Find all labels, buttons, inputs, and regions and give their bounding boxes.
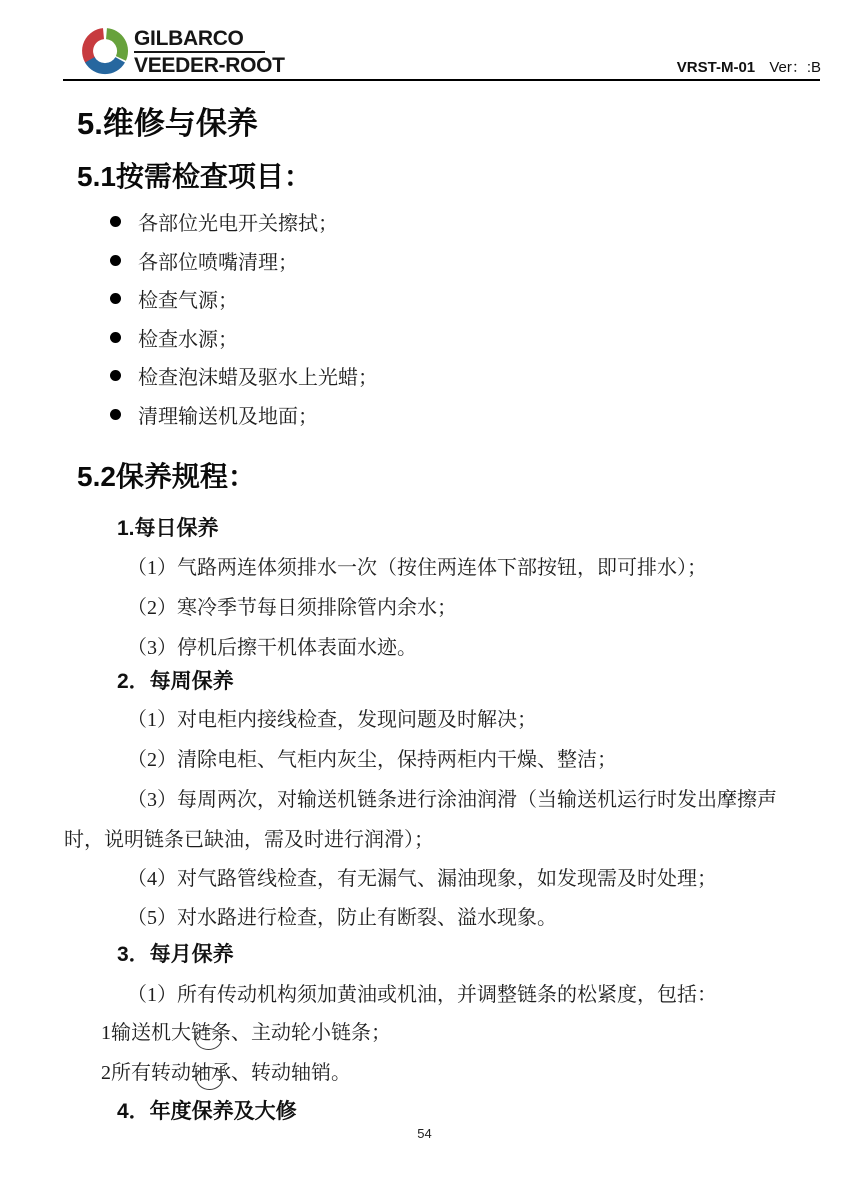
paragraph-line: 2所有转动轴承、转动轴销。 (101, 1056, 351, 1085)
list-item: 检查泡沫蜡及驱水上光蜡； (110, 361, 378, 390)
annotation-circle (196, 1067, 223, 1090)
list-item: 各部位光电开关擦拭； (110, 207, 338, 236)
bullet-icon (110, 409, 121, 420)
gilbarco-veeder-root-logo: GILBARCO VEEDER-ROOT (134, 28, 285, 76)
logo-divider (134, 51, 265, 53)
header-divider (63, 79, 820, 81)
annotation-circle (195, 1028, 222, 1050)
subsection-heading-weekly: 2．每周保养 (117, 665, 234, 695)
logo-arc-blue (90, 60, 120, 69)
bullet-icon (110, 255, 121, 266)
bullet-icon (110, 216, 121, 227)
list-item: 清理输送机及地面； (110, 400, 318, 429)
doc-version: Ver：:B (769, 59, 821, 76)
document-code-block: VRST-M-01 Ver：:B (677, 56, 821, 77)
logo-word-veeder-root: VEEDER-ROOT (134, 55, 285, 76)
list-item: 各部位喷嘴清理； (110, 246, 298, 275)
doc-code: VRST-M-01 (677, 59, 755, 76)
bullet-icon (110, 332, 121, 343)
bullet-icon (110, 293, 121, 304)
section-heading-maintenance: 5.2保养规程： (77, 455, 256, 495)
list-item-label: 检查泡沫蜡及驱水上光蜡； (138, 361, 378, 390)
list-item-label: 各部位喷嘴清理； (138, 246, 298, 275)
gilbarco-logo-icon (80, 26, 130, 76)
subsection-heading-annual: 4．年度保养及大修 (117, 1095, 297, 1125)
subsection-heading-monthly: 3．每月保养 (117, 938, 234, 968)
list-item-label: 清理输送机及地面； (138, 400, 318, 429)
logo-arc-red (88, 34, 104, 61)
logo-arc-green (107, 34, 123, 59)
paragraph-line: （2）寒冷季节每日须排除管内余水； (127, 591, 457, 620)
paragraph-line: 时，说明链条已缺油，需及时进行润滑）； (64, 823, 434, 852)
document-page: GILBARCO VEEDER-ROOT VRST-M-01 Ver：:B 5.… (0, 0, 849, 1200)
section-heading-inspection: 5.1按需检查项目： (77, 155, 312, 195)
list-item: 检查水源； (110, 323, 238, 352)
list-item-label: 检查水源； (138, 323, 238, 352)
paragraph-line: （2）清除电柜、气柜内灰尘，保持两柜内干燥、整洁； (127, 743, 617, 772)
paragraph-line: 1输送机大链条、主动轮小链条； (101, 1016, 391, 1045)
paragraph-line: （3）停机后擦干机体表面水迹。 (127, 631, 417, 660)
list-item: 检查气源； (110, 284, 238, 313)
paragraph-line: （4）对气路管线检查，有无漏气、漏油现象，如发现需及时处理； (127, 862, 717, 891)
paragraph-line: （1）所有传动机构须加黄油或机油，并调整链条的松紧度，包括： (127, 978, 717, 1007)
paragraph-line: （5）对水路进行检查，防止有断裂、溢水现象。 (127, 901, 557, 930)
paragraph-line: （1）对电柜内接线检查，发现问题及时解决； (127, 703, 537, 732)
paragraph-line: （3）每周两次，对输送机链条进行涂油润滑（当输送机运行时发出摩擦声 (127, 783, 777, 812)
subsection-heading-daily: 1.每日保养 (117, 512, 219, 542)
list-item-label: 检查气源； (138, 284, 238, 313)
page-number: 54 (0, 1126, 849, 1141)
bullet-icon (110, 370, 121, 381)
list-item-label: 各部位光电开关擦拭； (138, 207, 338, 236)
logo-word-gilbarco: GILBARCO (134, 28, 285, 49)
paragraph-line: （1）气路两连体须排水一次（按住两连体下部按钮，即可排水）； (127, 551, 707, 580)
page-title: 5.维修与保养 (77, 98, 258, 143)
